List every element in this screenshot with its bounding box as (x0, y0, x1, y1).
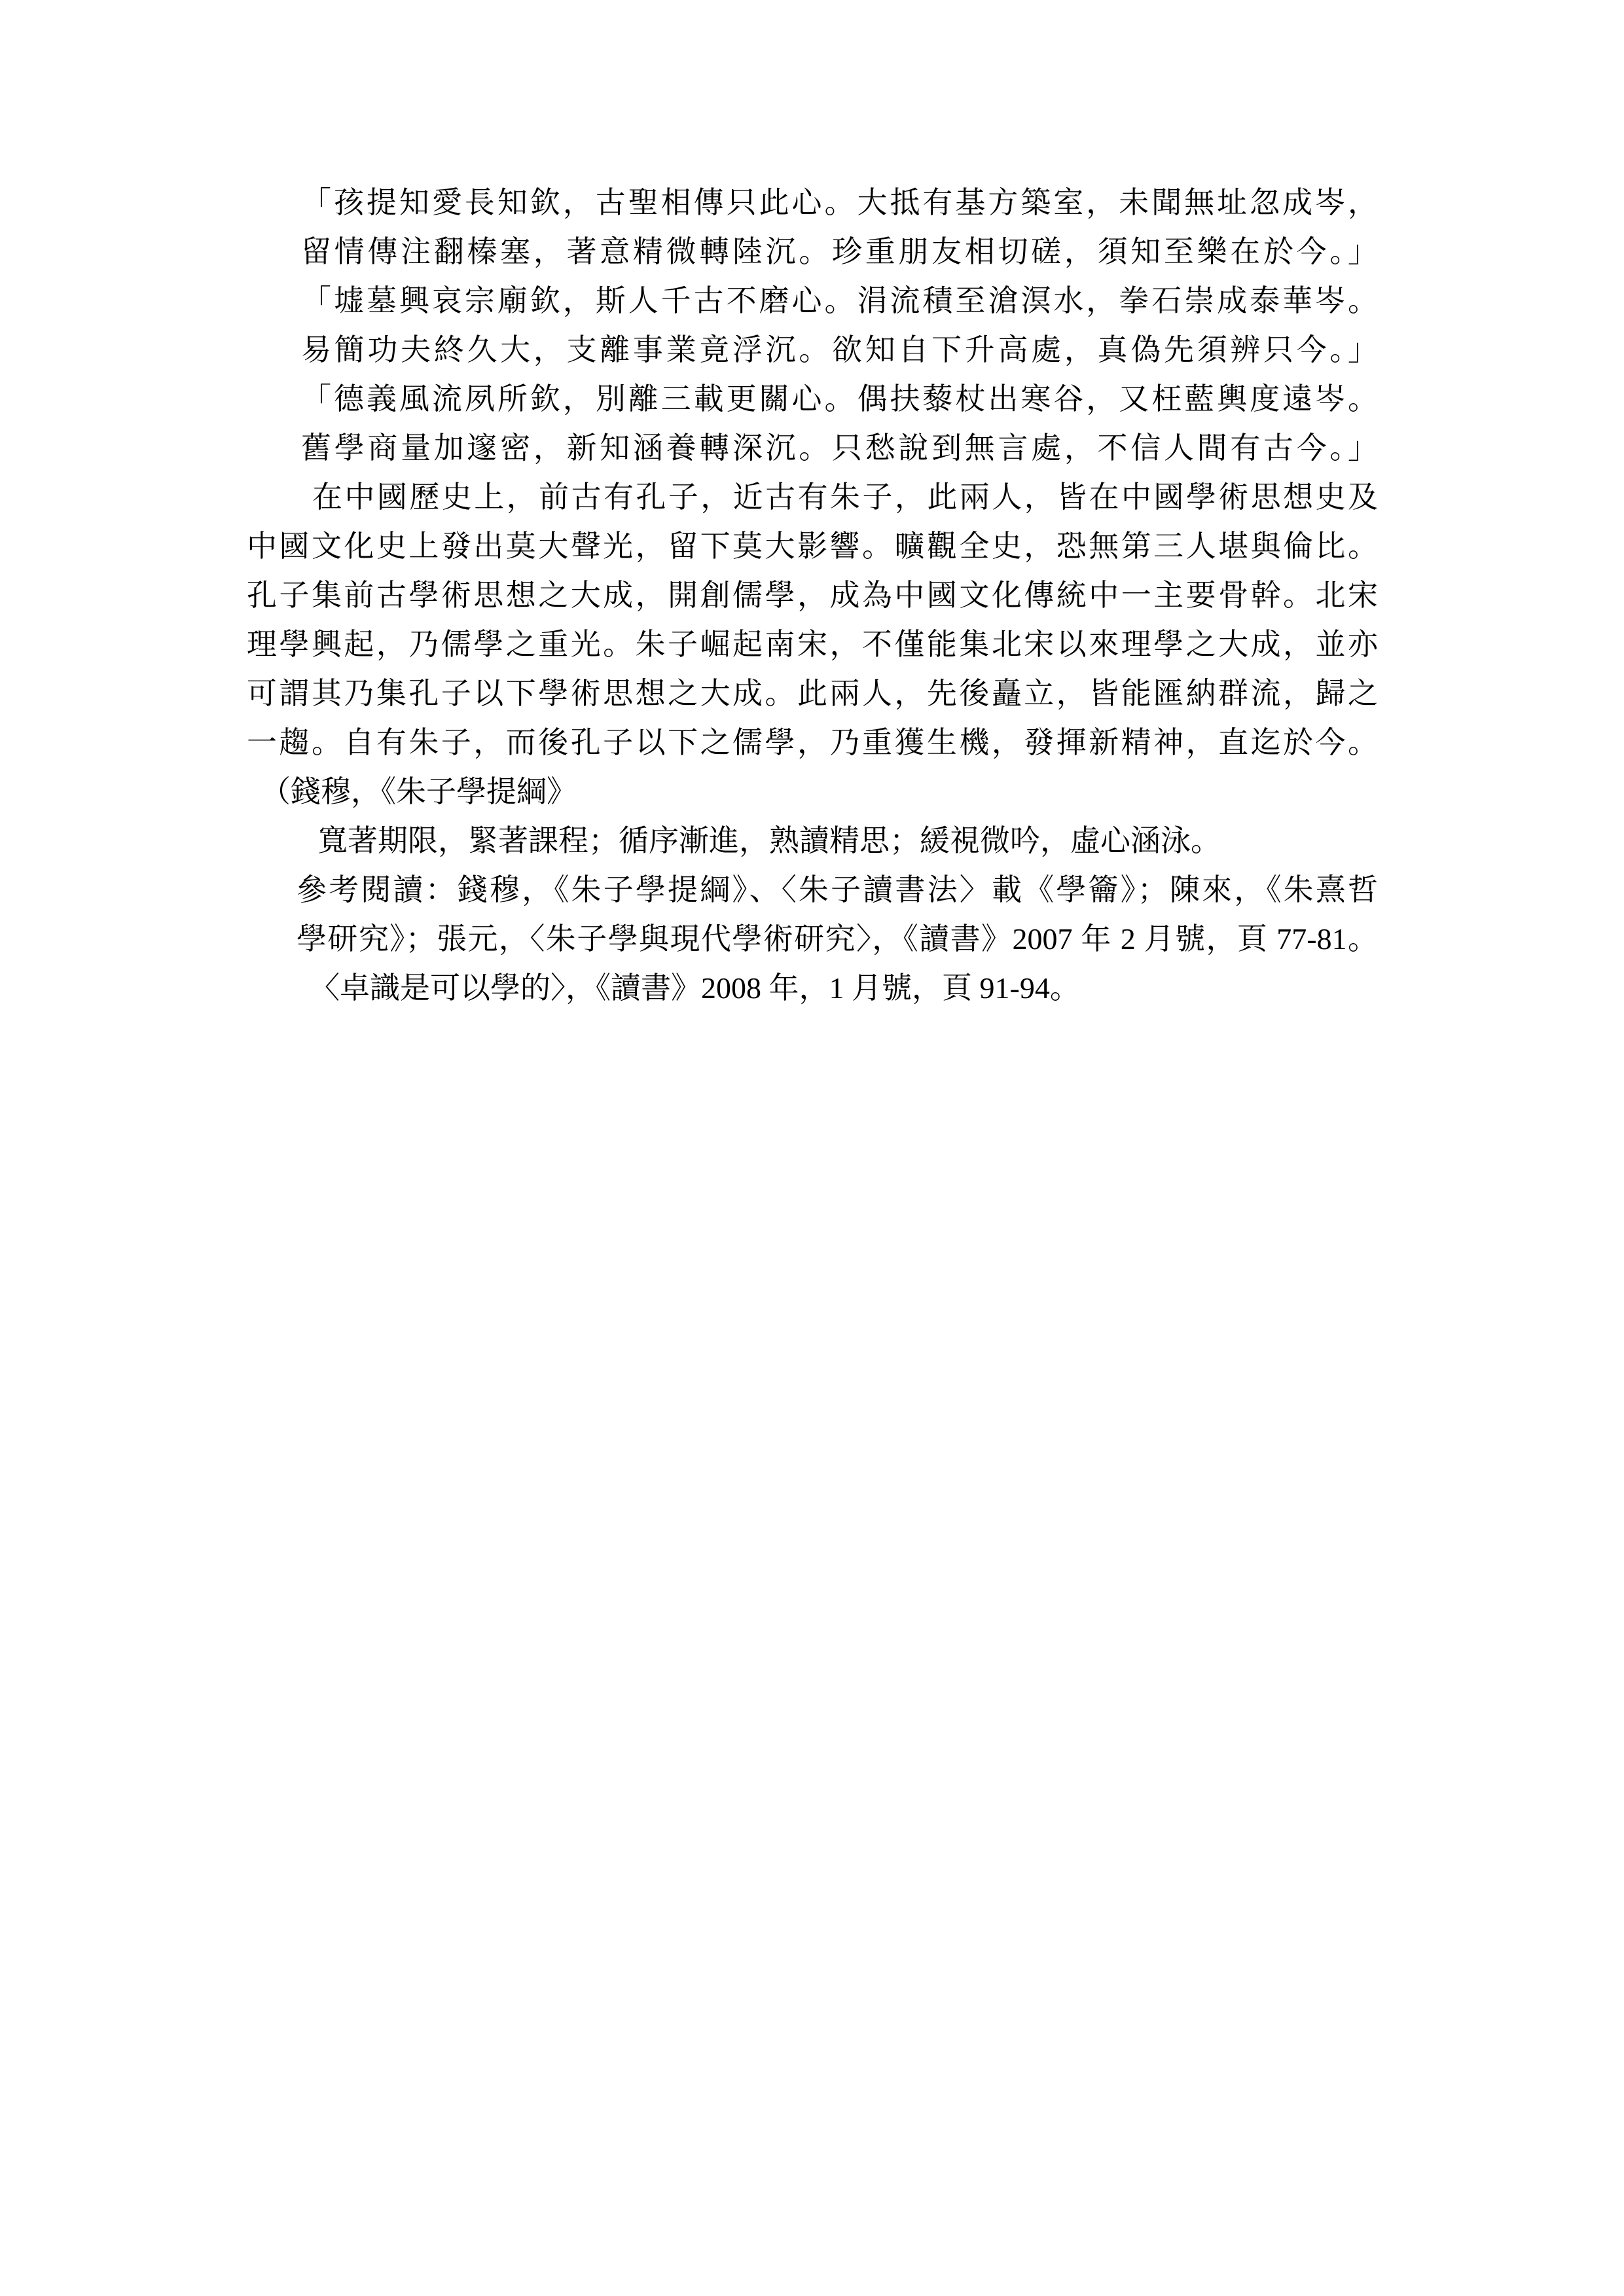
quote-line: 寬著期限，緊著課程；循序漸進，熟讀精思；緩視微吟，虛心涵泳。 (317, 816, 1378, 865)
reference-line: 參考閱讀：錢穆，《朱子學提綱》、〈朱子讀書法〉載《學籥》；陳來，《朱熹哲 (297, 865, 1378, 914)
document-page: 「孩提知愛長知欽，古聖相傳只此心。大抵有基方築室，未聞無址忽成岑， 留情傳注翻榛… (0, 0, 1624, 2296)
paragraph-line: 中國文化史上發出莫大聲光，留下莫大影響。曠觀全史，恐無第三人堪與倫比。 (247, 522, 1378, 571)
paragraph-line: 理學興起，乃儒學之重光。朱子崛起南宋，不僅能集北宋以來理學之大成，並亦 (247, 620, 1378, 669)
poem-line: 舊學商量加邃密，新知涵養轉深沉。只愁說到無言處，不信人間有古今。」 (301, 423, 1378, 473)
reference-line: 學研究》；張元，〈朱子學與現代學術研究〉，《讀書》2007 年 2 月號，頁 7… (297, 914, 1378, 963)
paragraph-line: 可謂其乃集孔子以下學術思想之大成。此兩人，先後矗立，皆能匯納群流，歸之 (247, 669, 1378, 718)
text-block: 「孩提知愛長知欽，古聖相傳只此心。大抵有基方築室，未聞無址忽成岑， 留情傳注翻榛… (247, 178, 1378, 1013)
poem-line: 「墟墓興哀宗廟欽，斯人千古不磨心。涓流積至滄溟水，拳石崇成泰華岑。 (301, 276, 1378, 325)
poem-line: 留情傳注翻榛塞，著意精微轉陸沉。珍重朋友相切磋，須知至樂在於今。」 (301, 227, 1378, 276)
poem-line: 「德義風流夙所欽，別離三載更關心。偶扶藜杖出寒谷，又枉藍輿度遠岑。 (301, 374, 1378, 423)
poem-line: 「孩提知愛長知欽，古聖相傳只此心。大抵有基方築室，未聞無址忽成岑， (301, 178, 1378, 227)
paragraph-line: 一趨。自有朱子，而後孔子以下之儒學，乃重獲生機，發揮新精神，直迄於今。 (247, 718, 1378, 767)
citation-line: （錢穆，《朱子學提綱》 (261, 767, 1378, 816)
paragraph-line: 在中國歷史上，前古有孔子，近古有朱子，此兩人，皆在中國學術思想史及 (247, 473, 1378, 522)
reference-line: 〈卓識是可以學的〉，《讀書》2008 年，1 月號，頁 91-94。 (310, 963, 1378, 1013)
poem-line: 易簡功夫終久大，支離事業竟浮沉。欲知自下升高處，真偽先須辨只今。」 (301, 325, 1378, 374)
paragraph-line: 孔子集前古學術思想之大成，開創儒學，成為中國文化傳統中一主要骨幹。北宋 (247, 571, 1378, 620)
